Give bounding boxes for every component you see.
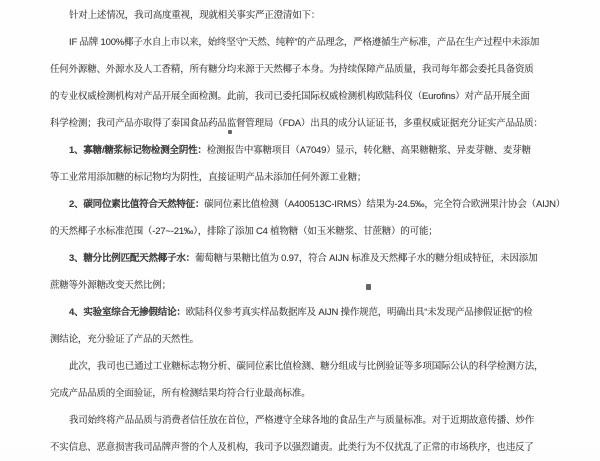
text-line: 完成产品品质的全面验证，所有检测结果均符合行业最高标准。	[50, 380, 550, 407]
ink-speck	[366, 284, 371, 290]
text-segment: 碳同位素比值检测（A400513C-IRMS）结果为-24.5‰，完全符合欧洲果…	[204, 199, 565, 210]
text-segment: 针对上述情况，我司高度重视，现就相关事实严正澄清如下：	[69, 10, 320, 21]
text-line: 不实信息、恶意损害我司品牌声誉的个人及机构，我司予以强烈谴责。此类行为不仅扰乱了…	[50, 434, 550, 450]
ink-speck	[228, 130, 232, 134]
text-segment: 我司始终将产品品质与消费者信任放在首位，严格遵守全球各地的食品生产与质量标准。对…	[69, 415, 534, 426]
text-segment: 任何外源糖、外源水及人工香精，所有糖分均来源于天然椰子本身。为持续保障产品质量，…	[50, 64, 534, 75]
document-page: 针对上述情况，我司高度重视，现就相关事实严正澄清如下：IF 品牌 100%椰子水…	[0, 0, 600, 450]
text-segment: 葡萄糖与果糖比值为 0.97，符合 AIJN 标准及天然椰子水的糖分组成特征，未…	[195, 253, 537, 264]
text-line: 等工业常用添加糖的标记物均为阴性，直接证明产品未添加任何外源工业糖；	[50, 164, 550, 191]
text-line: 3、糖分比例匹配天然椰子水：葡萄糖与果糖比值为 0.97，符合 AIJN 标准及…	[50, 245, 550, 272]
text-segment: 不实信息、恶意损害我司品牌声誉的个人及机构，我司予以强烈谴责。此类行为不仅扰乱了…	[50, 442, 534, 450]
text-line: 此次，我司也已通过工业糖标志物分析、碳同位素比值检测、糖分组成与比例验证等多项国…	[50, 353, 550, 380]
text-line: 的专业权威检测机构对产品开展全面检测。此前，我司已委托国际权威检测机构欧陆科仪（…	[50, 83, 550, 110]
text-segment: 完成产品品质的全面验证，所有检测结果均符合行业最高标准。	[50, 388, 310, 399]
item-heading: 3、糖分比例匹配天然椰子水：	[69, 253, 195, 264]
text-segment: 测结论，充分验证了产品的天然性。	[50, 334, 199, 345]
text-segment: 此次，我司也已通过工业糖标志物分析、碳同位素比值检测、糖分组成与比例验证等多项国…	[69, 361, 543, 372]
text-segment: 的专业权威检测机构对产品开展全面检测。此前，我司已委托国际权威检测机构欧陆科仪（…	[50, 91, 530, 102]
text-segment: 蔗糖等外源糖改变天然比例；	[50, 280, 171, 291]
text-line: 1、寡糖/糖浆标记物检测全阴性：检测报告中寡糖项目（A7049）显示，转化糖、高…	[50, 137, 550, 164]
text-segment: 的天然椰子水标准范围（-27~-21‰），排除了添加 C4 植物糖（如玉米糖浆、…	[50, 226, 438, 237]
document-body: 针对上述情况，我司高度重视，现就相关事实严正澄清如下：IF 品牌 100%椰子水…	[50, 2, 550, 450]
item-heading: 2、碳同位素比值符合天然特征：	[69, 199, 204, 210]
text-line: 针对上述情况，我司高度重视，现就相关事实严正澄清如下：	[50, 2, 550, 29]
text-segment: 科学检测；我司产品亦取得了泰国食品药品监督管理局（FDA）出具的成分认证证书，多…	[50, 118, 543, 129]
text-line: 2、碳同位素比值符合天然特征：碳同位素比值检测（A400513C-IRMS）结果…	[50, 191, 550, 218]
text-segment: 欧陆科仪参考真实样品数据库及 AIJN 操作规范，明确出具“未发现产品掺假证据”…	[186, 307, 533, 318]
text-line: 4、实验室综合无掺假结论：欧陆科仪参考真实样品数据库及 AIJN 操作规范，明确…	[50, 299, 550, 326]
text-line: 科学检测；我司产品亦取得了泰国食品药品监督管理局（FDA）出具的成分认证证书，多…	[50, 110, 550, 137]
text-line: 测结论，充分验证了产品的天然性。	[50, 326, 550, 353]
item-heading: 1、寡糖/糖浆标记物检测全阴性：	[69, 145, 207, 156]
text-line: 我司始终将产品品质与消费者信任放在首位，严格遵守全球各地的食品生产与质量标准。对…	[50, 407, 550, 434]
text-line: 任何外源糖、外源水及人工香精，所有糖分均来源于天然椰子本身。为持续保障产品质量，…	[50, 56, 550, 83]
text-segment: IF 品牌 100%椰子水自上市以来，始终坚守“天然、纯粹”的产品理念，严格遵循…	[69, 37, 539, 48]
item-heading: 4、实验室综合无掺假结论：	[69, 307, 186, 318]
text-segment: 检测报告中寡糖项目（A7049）显示，转化糖、高果糖糖浆、异麦芽糖、麦芽糖	[207, 145, 531, 156]
text-line: IF 品牌 100%椰子水自上市以来，始终坚守“天然、纯粹”的产品理念，严格遵循…	[50, 29, 550, 56]
text-line: 的天然椰子水标准范围（-27~-21‰），排除了添加 C4 植物糖（如玉米糖浆、…	[50, 218, 550, 245]
text-segment: 等工业常用添加糖的标记物均为阴性，直接证明产品未添加任何外源工业糖；	[50, 172, 366, 183]
text-line: 蔗糖等外源糖改变天然比例；	[50, 272, 550, 299]
